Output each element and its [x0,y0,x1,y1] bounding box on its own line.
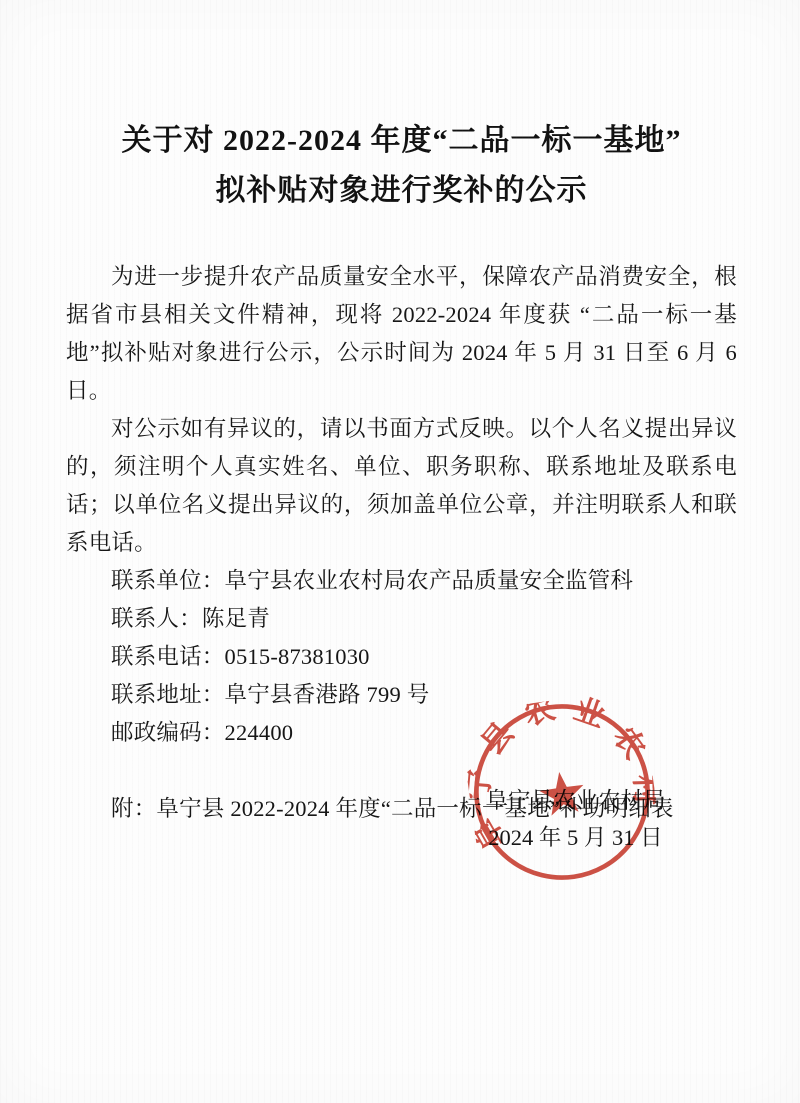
notice-title: 关于对 2022-2024 年度“二品一标一基地” 拟补贴对象进行奖补的公示 [66,116,737,216]
contact-address-value: 阜宁县香港路 799 号 [225,682,430,707]
paragraph-objection: 对公示如有异议的，请以书面方式反映。以个人名义提出异议的，须注明个人真实姓名、单… [66,410,737,562]
notice-title-line2: 拟补贴对象进行奖补的公示 [66,166,737,216]
contact-phone-line: 联系电话：0515-87381030 [111,638,737,676]
contact-unit-value: 阜宁县农业农村局农产品质量安全监管科 [225,568,634,593]
contact-person-line: 联系人：陈足青 [111,600,737,638]
contact-postcode-line: 邮政编码：224400 [111,714,737,752]
signature-block: 阜宁县农业农村局 2024 年 5 月 31 日 [448,782,703,856]
contact-person-label: 联系人： [111,606,202,631]
contact-person-value: 陈足青 [202,606,270,631]
contact-postcode-label: 邮政编码： [111,720,225,745]
document-body: 关于对 2022-2024 年度“二品一标一基地” 拟补贴对象进行奖补的公示 为… [66,116,737,828]
contact-phone-value: 0515-87381030 [225,644,370,669]
scanned-notice-page: 关于对 2022-2024 年度“二品一标一基地” 拟补贴对象进行奖补的公示 为… [0,0,800,1103]
signature-org: 阜宁县农业农村局 [448,782,703,819]
paragraph-intro: 为进一步提升农产品质量安全水平，保障农产品消费安全，根据省市县相关文件精神，现将… [66,258,737,410]
contact-unit-label: 联系单位： [111,568,225,593]
signature-date: 2024 年 5 月 31 日 [448,819,703,856]
contact-address-label: 联系地址： [111,682,225,707]
contact-phone-label: 联系电话： [111,644,225,669]
notice-title-line1: 关于对 2022-2024 年度“二品一标一基地” [66,116,737,166]
contact-address-line: 联系地址：阜宁县香港路 799 号 [111,676,737,714]
contact-unit-line: 联系单位：阜宁县农业农村局农产品质量安全监管科 [111,562,737,600]
contact-postcode-value: 224400 [225,720,294,745]
